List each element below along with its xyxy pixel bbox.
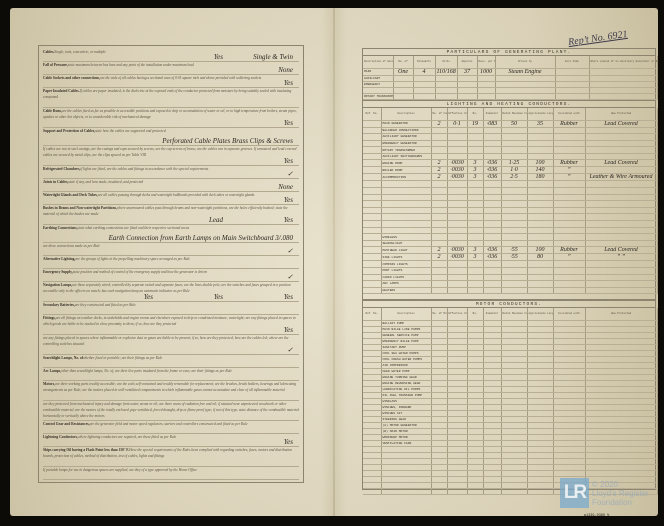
how-protected (585, 268, 657, 275)
how-protected (585, 147, 657, 154)
conductor-row (363, 214, 657, 221)
plant-volts (435, 93, 457, 99)
length-feet (527, 181, 553, 188)
column-header: Effective Area of each Conductor Sq. Ins… (447, 108, 467, 120)
column-header: Volts (435, 56, 457, 68)
handwritten-answer: Yes (284, 120, 293, 127)
length-feet (527, 227, 553, 234)
handwritten-answer: ✓ (287, 248, 293, 255)
motor-conductors-section: MOTOR CONDUCTORS. Ref. No.DescriptionNo.… (362, 300, 656, 490)
handwritten-answer: Yes (284, 158, 293, 165)
rated-current (501, 207, 527, 214)
insulated-with (553, 214, 585, 221)
wire-diameter (483, 181, 501, 188)
handwritten-answer: Yes (284, 197, 293, 204)
insulated-with: Rubber (553, 247, 585, 254)
conductor-count: 2 (431, 167, 447, 174)
insulated-with (553, 221, 585, 228)
length-feet (527, 127, 553, 134)
conductor-row: Wireless (363, 234, 657, 241)
survey-questions-form: Cables.Single, twin, concentric, or mult… (38, 45, 304, 483)
question-label: Ships carrying Oil having a Flash Point … (43, 448, 129, 452)
lighting-conductors-section: LIGHTING AND HEATING CONDUCTORS. Ref. No… (362, 100, 656, 300)
motor-conductors-table: Ref. No.DescriptionNo. of MotorsEffectiv… (363, 308, 658, 495)
question-text: where lightning conductors are required,… (78, 435, 176, 439)
rated-current: 2·5 (501, 174, 527, 181)
column-header: Rated Maximum Current Amperes (501, 308, 527, 320)
conductor-row (363, 181, 657, 188)
question-text: If portable lamps for use in dangerous s… (43, 468, 197, 472)
form-question-row: Emergency Supply,state position and meth… (43, 269, 299, 282)
wire-number: 3 (467, 254, 483, 261)
how-protected (585, 201, 657, 208)
plant-type: Main (363, 68, 393, 75)
plant-row: Rotary Transformers (363, 93, 657, 99)
question-text: state how the cables are supported and p… (95, 129, 166, 133)
generating-plant-title: PARTICULARS OF GENERATING PLANT. (363, 49, 655, 56)
insulated-with (553, 153, 585, 160)
how-protected (585, 188, 657, 195)
question-text: are the groups of lights in the propelli… (75, 257, 190, 261)
wire-diameter: ·036 (483, 247, 501, 254)
conductor-description: Boiler Room (381, 167, 431, 174)
lr-logo-icon: LR (560, 478, 589, 508)
insulated-with (553, 234, 585, 241)
plant-row: Main One 4 110/168 37 1000 Steam Engine (363, 68, 657, 75)
plant-driven-by (495, 93, 555, 99)
question-text: are the ends of all cables having a sect… (100, 76, 261, 80)
how-protected (585, 127, 657, 134)
question-text: are their working parts readily accessib… (43, 382, 296, 392)
conductor-area (447, 214, 467, 221)
conductor-row (363, 201, 657, 208)
rated-current (501, 240, 527, 247)
question-label: Lightning Conductors, (43, 435, 78, 439)
insulated-with (553, 201, 585, 208)
wire-diameter (483, 147, 501, 154)
conductor-count (431, 207, 447, 214)
question-label: Watertight Glands and Deck Tubes, (43, 193, 98, 197)
rated-current (501, 181, 527, 188)
wire-number: 3 (467, 174, 483, 181)
conductor-area (447, 268, 467, 275)
insulated-with (553, 261, 585, 268)
question-text: whether fixed or portable; are their fit… (83, 356, 162, 360)
length-feet (527, 201, 553, 208)
wire-diameter (483, 240, 501, 247)
wire-number (467, 268, 483, 275)
handwritten-answer: Yes (284, 439, 293, 446)
conductor-area: 0·1 (447, 120, 467, 127)
handwritten-answer: Yes (284, 327, 293, 334)
question-text: Single, twin, concentric, or multiple (54, 50, 106, 54)
wire-diameter (483, 201, 501, 208)
plant-count: One (393, 68, 413, 75)
column-header: Insulated with (553, 108, 585, 120)
conductor-area (447, 261, 467, 268)
column-header: Description (381, 308, 431, 320)
column-header: Driven by (495, 56, 555, 68)
rated-current (501, 188, 527, 195)
conductor-row: Boiler Room 2 ·0030 3 ·036 1·0 140 ” (363, 167, 657, 174)
length-feet (527, 287, 553, 294)
form-question-row: Fall of Pressure,state maximum between b… (43, 62, 299, 75)
form-question-row: Cables.Single, twin, concentric, or mult… (43, 49, 299, 62)
question-label: Cable Sockets and other connections, (43, 76, 100, 80)
question-text: are the cables fixed as far as possible … (43, 109, 297, 119)
column-header: Insulated with (553, 308, 585, 320)
wire-diameter (483, 268, 501, 275)
insulated-with: ” (553, 167, 585, 174)
conductor-description: Searchlight (381, 240, 431, 247)
form-question-row: are they protected from mechanical injur… (43, 401, 299, 421)
column-header: Description (381, 108, 431, 120)
form-question-row: Earthing Connections,state what earthing… (43, 225, 299, 243)
question-text: are they constructed and fitted as per R… (75, 303, 136, 307)
how-protected: Lead Covered (585, 120, 657, 127)
conductor-row: Heaters (363, 287, 657, 294)
plant-driven-by: Steam Engine (495, 68, 555, 75)
conductor-description (381, 214, 431, 221)
conductor-description: Engine Room (381, 160, 431, 167)
handwritten-answer: Yes (284, 217, 293, 224)
insulated-with (553, 227, 585, 234)
conductor-description: Arc Lamps (381, 281, 431, 288)
question-label: Cables. (43, 50, 54, 54)
length-feet: 100 (527, 247, 553, 254)
conductor-area (447, 147, 467, 154)
rated-current (501, 201, 527, 208)
rated-current (501, 127, 527, 134)
form-question-row: Alternative Lighting,are the groups of l… (43, 256, 299, 269)
conductor-count (431, 234, 447, 241)
length-feet: 100 (527, 160, 553, 167)
generating-plant-section: PARTICULARS OF GENERATING PLANT. Descrip… (362, 48, 656, 101)
conductor-count (431, 181, 447, 188)
rated-current: 1·0 (501, 167, 527, 174)
column-header: Amperes (457, 56, 477, 68)
catalog-number: w1339-0366 % (584, 514, 609, 518)
conductor-description (381, 201, 431, 208)
question-text: state maximum between bus bars and any p… (68, 63, 194, 67)
handwritten-answer: None (278, 184, 293, 191)
question-label: Earthing Connections, (43, 226, 78, 230)
question-text: If cables are run in steel casings, are … (43, 147, 296, 157)
wire-diameter (483, 287, 501, 294)
how-protected (585, 281, 657, 288)
conductor-count (431, 274, 447, 281)
column-header: No. (467, 308, 483, 320)
conductor-row: Masthead Light 2 ·0030 3 ·036 ·55 100 Ru… (363, 247, 657, 254)
column-header: Diameter (483, 308, 501, 320)
form-question-row: If cables are run in steel casings, are … (43, 146, 299, 166)
column-header: Effective Area of each Conductor Sq. Ins… (447, 308, 467, 320)
conductor-description: Rotary Transformer (381, 147, 431, 154)
insulated-with (553, 207, 585, 214)
wire-diameter: ·083 (483, 120, 501, 127)
conductor-area (447, 240, 467, 247)
question-text: are the generator field and motor speed … (90, 422, 248, 426)
question-text: other than searchlight lamps, No. of; ar… (61, 369, 232, 373)
column-header: Revs. per Min. (477, 56, 495, 68)
wire-diameter (483, 188, 501, 195)
rated-current (501, 287, 527, 294)
conductor-count (431, 194, 447, 201)
plant-amperes: 37 (457, 68, 477, 75)
conductor-description: Auxiliary Switchboards (381, 153, 431, 160)
conductor-description: Main Generator (381, 120, 431, 127)
how-protected: Lead Covered (585, 160, 657, 167)
conductor-count (431, 214, 447, 221)
conductor-description: Masthead Light (381, 247, 431, 254)
question-label: Paper Insulated Cables. (43, 89, 80, 93)
column-header: No. of (393, 56, 413, 68)
conductor-area (447, 188, 467, 195)
wire-number (467, 140, 483, 147)
wire-diameter (483, 127, 501, 134)
conductor-description (381, 227, 431, 234)
wire-diameter (483, 207, 501, 214)
conductor-description (381, 188, 431, 195)
question-label: Joints in Cables, (43, 180, 68, 184)
form-question-row: Bushes in Beams and Non-watertight Parti… (43, 205, 299, 225)
wire-diameter (483, 134, 501, 141)
conductor-area (447, 221, 467, 228)
rated-current: ·55 (501, 254, 527, 261)
form-question-row: Ships carrying Oil having a Flash Point … (43, 447, 299, 467)
handwritten-answer: Yes (214, 54, 223, 61)
length-feet (527, 134, 553, 141)
how-protected (585, 227, 657, 234)
conductor-description: Emergency Generator (381, 140, 431, 147)
question-text: state what earthing connections are fitt… (78, 226, 190, 230)
rated-current: 1·25 (501, 160, 527, 167)
form-question-row: Refrigerated Chambers,if lights are fitt… (43, 166, 299, 179)
form-question-row: Control Gear and Resistances,are the gen… (43, 421, 299, 434)
question-label: Navigation Lamps, (43, 283, 72, 287)
question-label: Refrigerated Chambers, (43, 167, 80, 171)
length-feet (527, 153, 553, 160)
conductor-row: Emergency Generator (363, 140, 657, 147)
rated-current (501, 140, 527, 147)
conductor-area (447, 274, 467, 281)
question-label: Support and Protection of Cables, (43, 129, 95, 133)
conductor-count: 2 (431, 160, 447, 167)
how-protected: ” ” (585, 254, 657, 261)
wire-number (467, 281, 483, 288)
how-protected (585, 240, 657, 247)
length-feet (527, 261, 553, 268)
insulated-with (553, 134, 585, 141)
length-feet (527, 188, 553, 195)
question-label: Fittings, (43, 316, 56, 320)
question-text: are these separately wired; controlled b… (43, 283, 291, 293)
conductor-row (363, 194, 657, 201)
conductor-description (381, 181, 431, 188)
conductor-area (447, 194, 467, 201)
plant-amperes (457, 93, 477, 99)
column-header: Approximate Length Lead and Return Feet (527, 308, 553, 320)
wire-diameter (483, 261, 501, 268)
rated-current (501, 134, 527, 141)
handwritten-answer: Yes (214, 294, 223, 301)
conductor-count (431, 140, 447, 147)
form-question-row: Lightning Conductors,where lightning con… (43, 434, 299, 447)
question-text: are any fittings placed in spaces where … (43, 336, 289, 346)
wire-number (467, 207, 483, 214)
insulated-with (553, 287, 585, 294)
conductor-description: Compass Lights (381, 261, 431, 268)
conductor-count (431, 188, 447, 195)
column-header: Description of Generators (363, 56, 393, 68)
wire-number: 3 (467, 167, 483, 174)
form-question-row: Searchlight Lamps, No. ofwhether fixed o… (43, 355, 299, 368)
conductor-area (447, 134, 467, 141)
handwritten-answer: Earth Connection from Earth Lamps on Mai… (109, 235, 293, 242)
how-protected (585, 167, 657, 174)
form-question-row: Arc Lamps,other than searchlight lamps, … (43, 368, 299, 381)
wire-number (467, 201, 483, 208)
conductor-count: 2 (431, 120, 447, 127)
question-text: state if any, and how made, insulated, a… (68, 180, 143, 184)
plant-volts: 110/168 (435, 68, 457, 75)
conductor-area (447, 127, 467, 134)
how-protected: Lead Covered (585, 247, 657, 254)
wire-number (467, 240, 483, 247)
conductor-row: Cargo Lights (363, 274, 657, 281)
length-feet (527, 147, 553, 154)
rated-current (501, 274, 527, 281)
length-feet: 80 (527, 254, 553, 261)
handwritten-answer: Single & Twin (253, 54, 293, 61)
conductor-count (431, 261, 447, 268)
column-header: No. of Conductors (431, 108, 447, 120)
conductor-row: Side Lights 2 ·0030 3 ·036 ·55 80 ” ” ” (363, 254, 657, 261)
rated-current (501, 268, 527, 275)
conductor-description: Heaters (381, 287, 431, 294)
how-protected (585, 207, 657, 214)
column-header: Ref. No. (363, 108, 381, 120)
conductor-area: ·0030 (447, 247, 467, 254)
question-text: are they protected from mechanical injur… (43, 402, 299, 418)
how-protected (585, 274, 657, 281)
insulated-with (553, 127, 585, 134)
length-feet (527, 194, 553, 201)
column-header: No. (467, 108, 483, 120)
conductor-count (431, 287, 447, 294)
wire-number (467, 153, 483, 160)
rated-current (501, 221, 527, 228)
handwritten-answer: ✓ (287, 171, 293, 178)
plant-kilowatts (413, 93, 435, 99)
conductor-count (431, 153, 447, 160)
handwritten-answer: ✓ (287, 347, 293, 354)
conductor-area (447, 227, 467, 234)
wire-diameter (483, 221, 501, 228)
wire-diameter: ·036 (483, 174, 501, 181)
column-header: How Protected (585, 308, 657, 320)
conductor-count (431, 240, 447, 247)
how-protected (585, 261, 657, 268)
conductor-row: Rotary Transformer (363, 147, 657, 154)
insulated-with (553, 188, 585, 195)
column-header: Ref. No. (363, 308, 381, 320)
conductor-area (447, 287, 467, 294)
insulated-with: Rubber (553, 160, 585, 167)
how-protected (585, 287, 657, 294)
watermark-org-line2: Foundation (592, 498, 649, 507)
wire-number (467, 234, 483, 241)
length-feet (527, 207, 553, 214)
form-question-row: Motors,are their working parts readily a… (43, 381, 299, 401)
plant-kilowatts: 4 (413, 68, 435, 75)
form-question-row: Navigation Lamps,are these separately wi… (43, 282, 299, 302)
wire-number (467, 188, 483, 195)
conductor-area: ·0030 (447, 167, 467, 174)
conductor-area (447, 153, 467, 160)
wire-number: 19 (467, 120, 483, 127)
column-header: How Protected (585, 108, 657, 120)
form-question-row: Joints in Cables,state if any, and how m… (43, 179, 299, 192)
question-text: are these connections made as per Rule (43, 244, 100, 248)
plant-count (393, 93, 413, 99)
form-question-row: Fittings,are all fittings on weather dec… (43, 315, 299, 335)
plant-revs (477, 93, 495, 99)
column-header: Fore Peak (555, 56, 589, 68)
conductor-description: Accommodation (381, 174, 431, 181)
wire-number (467, 261, 483, 268)
column-header: Diameter (483, 108, 501, 120)
question-label: Motors, (43, 382, 55, 386)
rated-current (501, 147, 527, 154)
insulated-with (553, 194, 585, 201)
conductor-area (447, 207, 467, 214)
column-header: Where placed if an Auxiliary Generator o… (589, 56, 657, 68)
insulated-with (553, 240, 585, 247)
conductor-row (363, 188, 657, 195)
wire-number (467, 274, 483, 281)
handwritten-answer: Yes (284, 294, 293, 301)
rated-current (501, 153, 527, 160)
question-label: Cable Runs, (43, 109, 62, 113)
wire-diameter (483, 227, 501, 234)
handwritten-answer: Perforated Cable Plates Brass Clips & Sc… (162, 138, 293, 145)
wire-diameter (483, 281, 501, 288)
conductor-row: Accommodation 2 ·0030 3 ·036 2·5 180 ” L… (363, 174, 657, 181)
length-feet (527, 214, 553, 221)
wire-diameter: ·036 (483, 167, 501, 174)
conductor-area (447, 140, 467, 147)
conductor-description: Cargo Lights (381, 274, 431, 281)
conductor-area (447, 181, 467, 188)
conductor-row: Auxiliary Switchboards (363, 153, 657, 160)
conductor-count (431, 134, 447, 141)
form-question-row: Support and Protection of Cables,state h… (43, 128, 299, 146)
insulated-with (553, 147, 585, 154)
how-protected (585, 194, 657, 201)
how-protected (585, 134, 657, 141)
conductor-count (431, 147, 447, 154)
watermark-copyright: © 2020 (592, 480, 649, 489)
wire-diameter: ·036 (483, 160, 501, 167)
conductor-count (431, 221, 447, 228)
question-label: Control Gear and Resistances, (43, 422, 90, 426)
insulated-with (553, 140, 585, 147)
form-question-row: Cable Sockets and other connections,are … (43, 75, 299, 88)
conductor-description: Side Lights (381, 254, 431, 261)
column-header: No. of Motors (431, 308, 447, 320)
wire-diameter (483, 214, 501, 221)
